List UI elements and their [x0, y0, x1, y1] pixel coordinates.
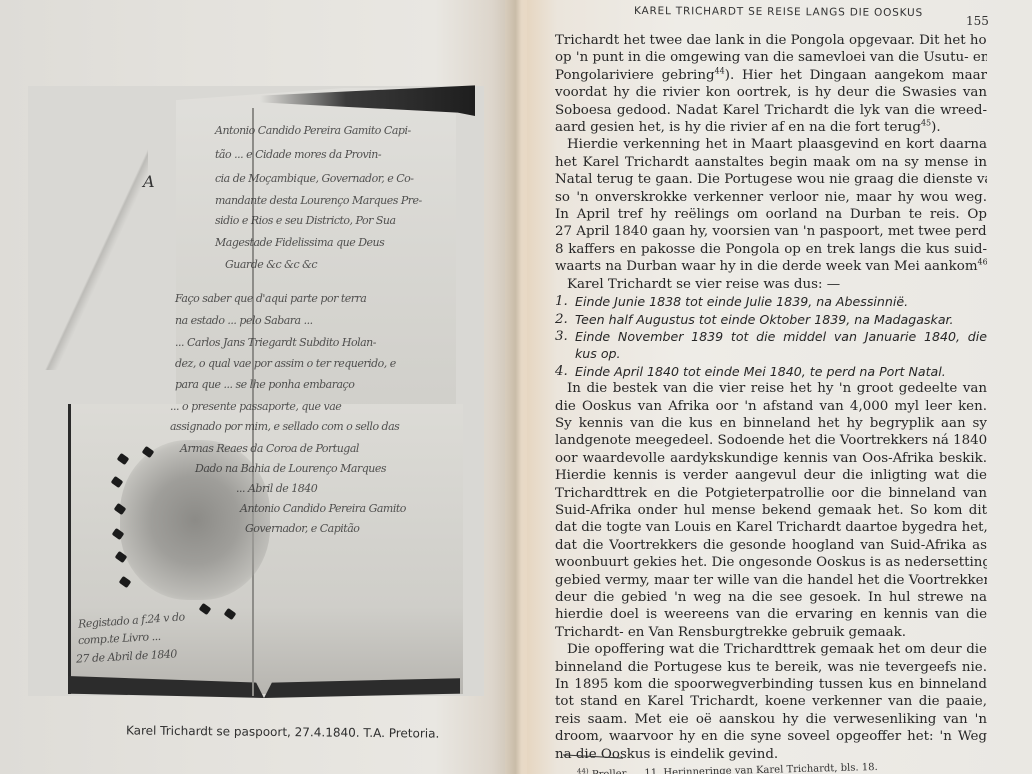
list-number: 3. — [555, 328, 575, 345]
list-text-continuation: kus op. — [555, 345, 987, 362]
list-text: Einde November 1839 tot die middel van J… — [575, 328, 987, 345]
book-spread: A Antonio Candido Pereira Gamito Capi- t… — [0, 0, 1032, 774]
text-line: 27 April 1840 gaan hy, voorsien van 'n p… — [555, 223, 987, 240]
text-line: oor waardevolle aardykskundige kennis va… — [555, 450, 987, 467]
text-line: voordat hy die rivier kon oortrek, is hy… — [555, 84, 987, 101]
text-line: In 1895 kom die spoorwegverbinding tusse… — [555, 676, 987, 693]
text-line: In April tref hy reëlings om oorland na … — [555, 206, 987, 223]
text-fragment: ). Hier het Dingaan aangekom maar — [725, 68, 987, 83]
list-number: 2. — [555, 311, 575, 328]
list-intro: Karel Trichardt se vier reise was dus: — — [555, 276, 987, 293]
text-line: Trichardttrek en die Potgieterpatrollie … — [555, 485, 987, 502]
text-line: Natal terug te gaan. Die Portugese wou n… — [555, 171, 987, 188]
text-line: aard gesien het, is hy die rivier af en … — [555, 119, 987, 136]
text-line: landgenote meegedeel. Sodoende het die V… — [555, 432, 987, 449]
page-number: 155 — [966, 14, 989, 28]
handwriting-line: cia de Moçambique, Governador, e Co- — [215, 172, 414, 185]
text-line: Die opoffering wat die Trichardttrek gem… — [555, 641, 987, 658]
footnote-mark: 44) — [577, 767, 589, 774]
handwriting-line: para que ... se lhe ponha embaraço — [175, 378, 354, 391]
text-line: op 'n punt in die omgewing van die samev… — [555, 49, 987, 66]
text-line: die Ooskus van Afrika oor 'n afstand van… — [555, 398, 987, 415]
annotation-letter: A — [143, 172, 155, 191]
text-line: dat die togte van Louis en Karel Trichar… — [555, 519, 987, 536]
text-line: deur die gebied 'n weg na die see gesoek… — [555, 589, 987, 606]
text-line: Pongolariviere gebring44). Hier het Ding… — [555, 67, 987, 84]
handwriting-line: Antonio Candido Pereira Gamito Capi- — [215, 124, 411, 137]
text-line: het Karel Trichardt aanstaltes begin maa… — [555, 154, 987, 171]
list-text: Teen half Augustus tot einde Oktober 183… — [575, 311, 987, 328]
handwriting-line: ... Abril de 1840 — [236, 482, 317, 495]
handwriting-line: sidio e Rios e seu Districto, Por Sua — [215, 214, 396, 227]
text-line: Soboesa gedood. Nadat Karel Trichardt di… — [555, 102, 987, 119]
handwriting-line: ... o presente passaporte, que vae — [170, 400, 341, 413]
handwriting-line: dez, o qual vae por assim o ter requerid… — [175, 357, 396, 370]
text-line: dat die Voortrekkers die gesonde hooglan… — [555, 537, 987, 554]
text-line: Suid-Afrika onder hul mense bekend gemaa… — [555, 502, 987, 519]
handwriting-line: na estado ... pelo Sabara ... — [175, 314, 313, 327]
handwriting-line: Armas Reaes da Coroa de Portugal — [180, 442, 359, 455]
list-number: 4. — [555, 363, 575, 380]
footnote-ref[interactable]: 44 — [715, 67, 725, 76]
text-line: hierdie doel is weereens van die ervarin… — [555, 606, 987, 623]
text-line: In die bestek van die vier reise het hy … — [555, 380, 987, 397]
footnote-ref[interactable]: 45 — [921, 119, 931, 128]
text-fragment: aard gesien het, is hy die rivier af en … — [555, 120, 921, 135]
text-line: Hierdie verkenning het in Maart plaasgev… — [555, 136, 987, 153]
text-line: woonbuurt gekies het. Die ongesonde Oosk… — [555, 554, 987, 571]
text-fragment: Pongolariviere gebring — [555, 68, 715, 83]
text-line: waarts na Durban waar hy in die derde we… — [555, 258, 987, 275]
handwriting-line: Dado na Bahia de Lourenço Marques — [195, 462, 386, 475]
list-text: Einde Junie 1838 tot einde Julie 1839, n… — [575, 293, 987, 310]
journey-item: 2. Teen half Augustus tot einde Oktober … — [555, 311, 987, 328]
text-line: Trichardt- en Van Rensburgtrekke gebruik… — [555, 624, 987, 641]
background-fold — [28, 100, 148, 370]
text-line: Hierdie kennis is verder aangevul deur d… — [555, 467, 987, 484]
text-line: reis saam. Met eie oë aanskou hy die ver… — [555, 711, 987, 728]
handwriting-line: Governador, e Capitão — [245, 522, 359, 535]
body-text: Trichardt het twee dae lank in die Pongo… — [555, 32, 987, 763]
handwriting-line: Antonio Candido Pereira Gamito — [240, 502, 406, 515]
journey-item: 1. Einde Junie 1838 tot einde Julie 1839… — [555, 293, 987, 310]
running-head: KAREL TRICHARDT SE REISE LANGS DIE OOSKU… — [634, 5, 923, 19]
text-line: Trichardt het twee dae lank in die Pongo… — [555, 32, 987, 49]
text-line: tot stand en Karel Trichardt, koene verk… — [555, 693, 987, 710]
text-line: 8 kaffers en pakosse die Pongola op en t… — [555, 241, 987, 258]
handwriting-line: mandante desta Lourenço Marques Pre- — [215, 194, 422, 207]
list-text: Einde April 1840 tot einde Mei 1840, te … — [575, 363, 987, 380]
text-line: Sy kennis van die kus en binneland het h… — [555, 415, 987, 432]
handwriting-line: ... Carlos Jans Triegardt Subdito Holan- — [175, 336, 376, 349]
journey-item: 3. Einde November 1839 tot die middel va… — [555, 328, 987, 345]
handwriting-line: assignado por mim, e sellado com o sello… — [170, 420, 399, 433]
text-line: binneland die Portugese kus te bereik, w… — [555, 659, 987, 676]
handwriting-line: Guarde &c &c &c — [225, 258, 317, 271]
text-fragment: ). — [931, 120, 940, 135]
footnote-ref[interactable]: 46 — [978, 258, 987, 267]
handwriting-line: tão ... e Cidade mores da Provin- — [215, 148, 381, 161]
text-line: droom, waarvoor hy en die syne soveel op… — [555, 728, 987, 745]
handwriting-line: Magestade Fidelissima que Deus — [215, 236, 384, 249]
text-fragment: waarts na Durban waar hy in die derde we… — [555, 259, 978, 274]
text-line: gebied vermy, maar ter wille van die han… — [555, 572, 987, 589]
text-line: so 'n onverskrokke verkenner verloor nie… — [555, 189, 987, 206]
journey-item: 4. Einde April 1840 tot einde Mei 1840, … — [555, 363, 987, 380]
list-number: 1. — [555, 293, 575, 310]
handwriting-line: Faço saber que d'aqui parte por terra — [175, 292, 366, 305]
